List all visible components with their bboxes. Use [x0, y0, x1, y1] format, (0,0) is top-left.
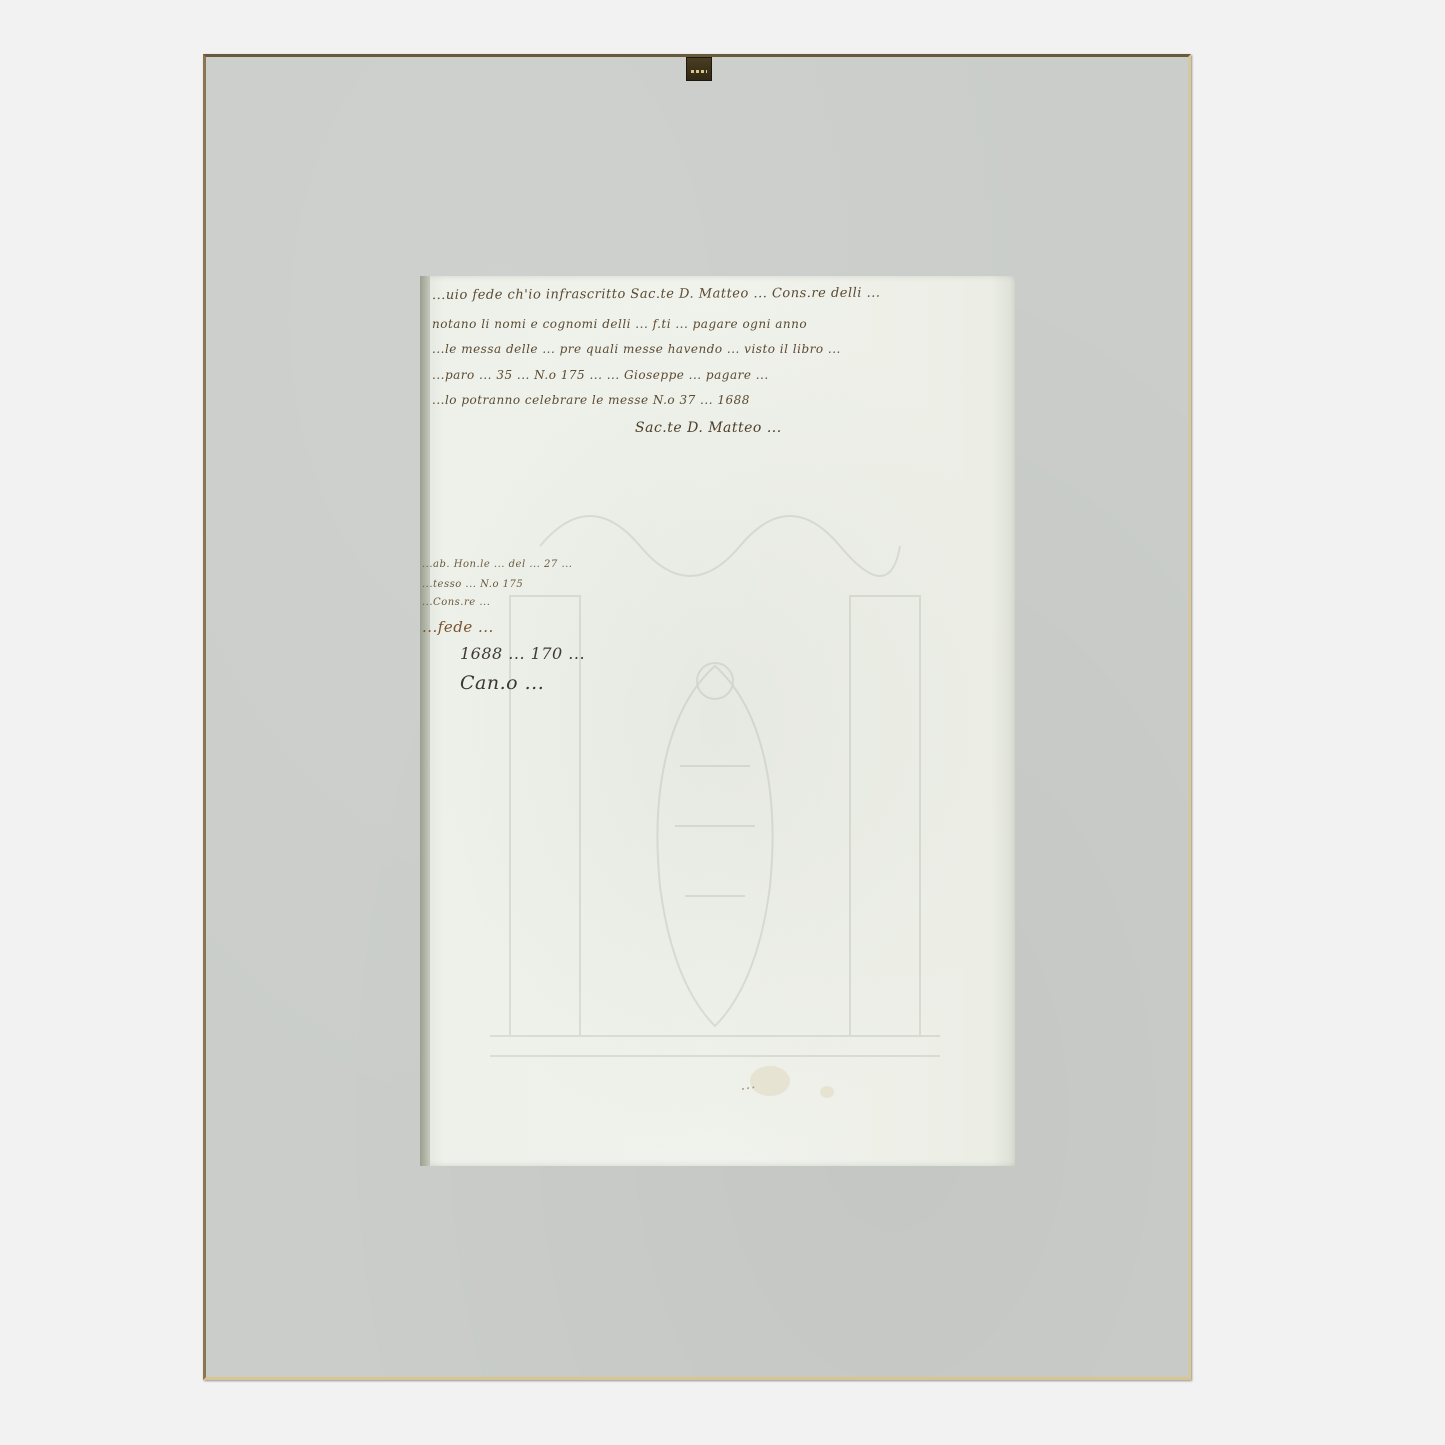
handwritten-line: ...uio fede ch'io infrascritto Sac.te D.…: [432, 286, 881, 303]
signature-lower: Can.o ...: [460, 672, 544, 694]
handwritten-line: ...Cons.re ...: [422, 597, 490, 608]
handwritten-date: 1688 ... 170 ...: [460, 644, 585, 663]
handwritten-line: notano li nomi e cognomi delli ... f.ti …: [432, 317, 807, 331]
handwritten-line: ...paro ... 35 ... N.o 175 ... ... Giose…: [432, 368, 769, 382]
frame-hanger-clip: [686, 57, 712, 81]
signature-upper: Sac.te D. Matteo ...: [635, 420, 782, 436]
handwritten-line: ...le messa delle ... pre quali messe ha…: [432, 342, 841, 356]
paper-edge-shadow: [420, 276, 430, 1166]
handwritten-line: ...fede ...: [422, 618, 494, 636]
faded-bottom-note: ...: [739, 1074, 757, 1094]
handwritten-line: ...ab. Hon.le ... del ... 27 ...: [422, 559, 572, 570]
manuscript-paper: ...uio fede ch'io infrascritto Sac.te D.…: [420, 276, 1015, 1166]
picture-frame: ...uio fede ch'io infrascritto Sac.te D.…: [203, 54, 1191, 1380]
handwritten-line: ...tesso ... N.o 175: [422, 579, 523, 590]
foxing-stain: [820, 1086, 834, 1098]
handwritten-line: ...lo potranno celebrare le messe N.o 37…: [432, 393, 750, 407]
